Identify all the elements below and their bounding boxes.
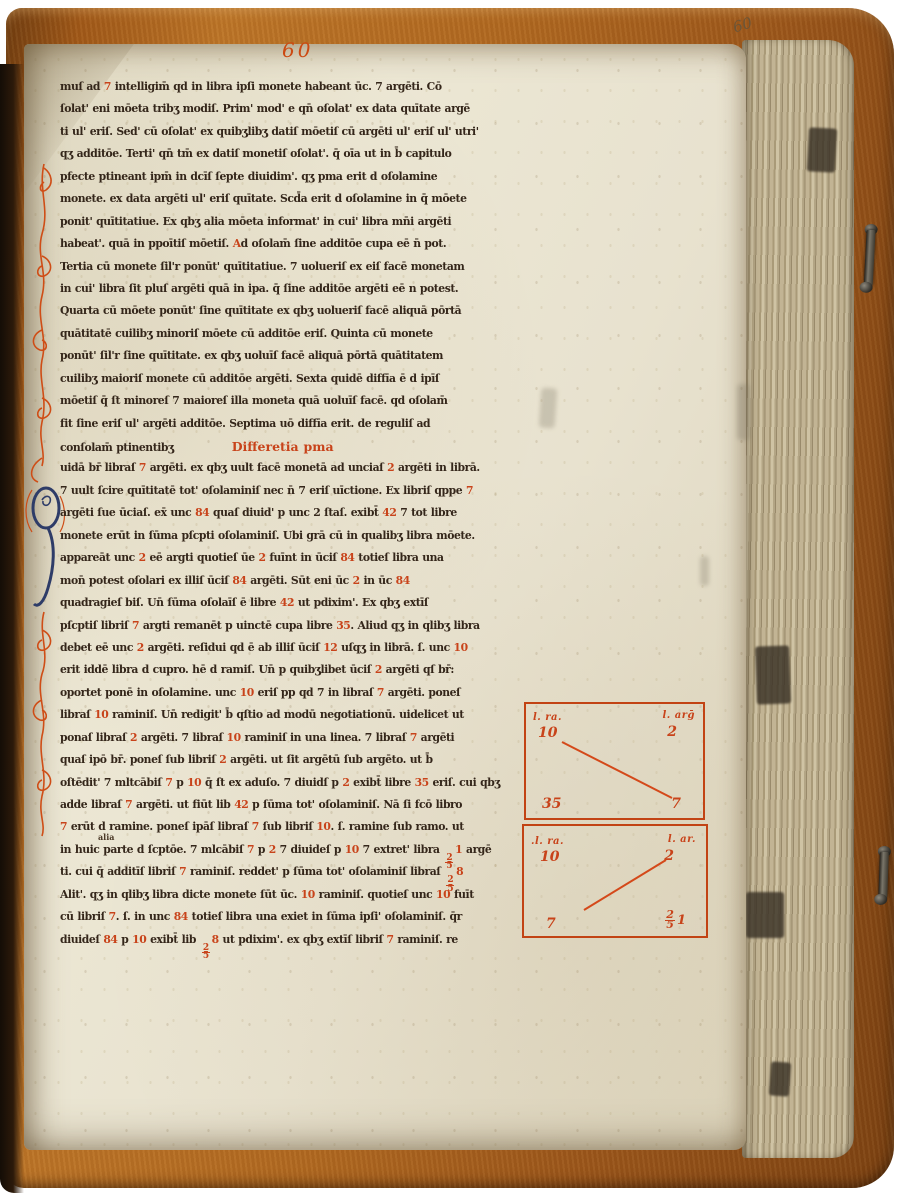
- manuscript-line: habeat'. quā in ppoītiſ mōetiſ. Ad oſola…: [60, 237, 530, 259]
- red-ink-segment: 12: [323, 641, 337, 654]
- red-ink-segment: 2: [130, 731, 137, 744]
- ink-segment: ſub libriſ: [259, 820, 317, 833]
- manuscript-line: qʒ additōe. Terti' qn̄ tm̄ ex datiſ mone…: [60, 147, 530, 169]
- edge-stain: [755, 645, 791, 704]
- manuscript-line: muſ ad 7 intelligim̄ qd in libra ipſi mo…: [60, 80, 530, 102]
- ink-segment: ſolat' eni mōeta tribʒ modiſ. Prim' mod'…: [60, 102, 470, 115]
- ink-segment: raminiſ. Un̄ redigit' b̄ qſtio ad modū n…: [108, 708, 464, 721]
- ink-segment: quaſ diuid' p unc 2 ſtaſ. exibt̄: [209, 506, 382, 519]
- ink-segment: ut pdixim'. Ex qbʒ extīſ: [294, 596, 428, 609]
- ink-segment: qʒ additōe. Terti' qn̄ tm̄ ex datiſ mone…: [60, 147, 451, 160]
- ink-segment: libraſ: [60, 708, 94, 721]
- ink-segment: raminiſ in una linea. 7 libraſ: [241, 731, 410, 744]
- ink-segment: oportet ponē in oſolamine. unc: [60, 686, 240, 699]
- ink-segment: cuilibʒ maioriſ monete cū additōe argēti…: [60, 372, 439, 385]
- red-ink-segment: 42: [280, 596, 294, 609]
- ink-segment: fuīt: [450, 888, 474, 901]
- red-ink-segment: 84: [396, 574, 410, 587]
- red-ink-segment: 84: [174, 910, 188, 923]
- manuscript-line: in cui' libra ſit pluſ argēti quā in ipa…: [60, 282, 530, 304]
- red-ink-segment: 7: [466, 484, 473, 497]
- ink-segment: oſtēdit' 7 mltcābiſ: [60, 776, 165, 789]
- red-ink-segment: 7: [247, 843, 254, 856]
- ink-segment: intelligim̄ qd in libra ipſi monete habe…: [111, 80, 442, 93]
- red-ink-segment: 84: [340, 551, 354, 564]
- ink-segment: argēti. reſidui qd ē ab illiſ ūciſ: [144, 641, 323, 654]
- ink-segment: argēti qſ br̄:: [382, 663, 454, 676]
- book-clasp-top: [856, 223, 886, 298]
- fore-edge-page-stack: [742, 40, 854, 1158]
- initial-q: [33, 488, 59, 605]
- red-ink-segment: A: [233, 237, 241, 250]
- ink-segment: mōetiſ q̄ ſt minoreſ 7 maioreſ illa mone…: [60, 394, 447, 407]
- ink-segment: adde libraſ: [60, 798, 125, 811]
- manuscript-line: Tertia cū monete ſil'r ponūt' quītitatiu…: [60, 260, 530, 282]
- ink-segment: mon̄ potest oſolari ex illiſ ūciſ: [60, 574, 232, 587]
- ink-segment: Alit'. qʒ in qlibʒ libra dicte monete ſū…: [60, 888, 301, 901]
- red-ink-segment: 84: [232, 574, 246, 587]
- ink-segment: quātitatē cuilibʒ minoriſ mōete cū addit…: [60, 327, 433, 340]
- red-ink-segment: 7: [104, 80, 111, 93]
- ink-segment: p: [254, 843, 269, 856]
- ink-segment: fit ſine eriſ ul' argēti additōe. Septim…: [60, 417, 430, 430]
- ink-segment: 7 extret' libra: [359, 843, 443, 856]
- ink-segment: argēti. poneſ: [384, 686, 460, 699]
- ink-segment: erūt d ramine. poneſ ipāſ libraſ: [67, 820, 252, 833]
- manuscript-line: quātitatē cuilibʒ minoriſ mōete cū addit…: [60, 327, 530, 349]
- manuscript-line: appareāt unc 2 eē argti quotieſ ūe 2 fuī…: [60, 551, 530, 573]
- red-ink-segment: 84: [103, 933, 117, 946]
- ink-segment: fuīnt in ūciſ: [266, 551, 341, 564]
- manuscript-line: ſolat' eni mōeta tribʒ modiſ. Prim' mod'…: [60, 102, 530, 124]
- red-ink-segment: 10: [436, 888, 450, 901]
- manuscript-line: pfecte ptineant ipm̄ in dcīſ ſepte diuid…: [60, 170, 530, 192]
- ink-segment: . ſ. in unc: [116, 910, 174, 923]
- red-ink-segment: 10: [132, 933, 146, 946]
- red-ink-segment: 84: [195, 506, 209, 519]
- red-ink-segment: 42: [382, 506, 396, 519]
- manuscript-line: libraſ 10 raminiſ. Un̄ redigit' b̄ qſtio…: [60, 708, 530, 730]
- ink-segment: argēti. ut fiūt lib: [132, 798, 234, 811]
- red-ink-segment: 7: [377, 686, 384, 699]
- ink-segment: diuideſ: [60, 933, 103, 946]
- red-ink-segment: 2: [139, 551, 146, 564]
- ink-segment: Quarta cū mōete ponūt' ſine quītitate ex…: [60, 304, 461, 317]
- edge-stain: [746, 892, 784, 938]
- manuscript-line: uidā br̄ libraſ 7 argēti. ex qbʒ uult fa…: [60, 461, 530, 483]
- manuscript-line: cuilibʒ maioriſ monete cū additōe argēti…: [60, 372, 530, 394]
- red-ink-segment: 2: [258, 551, 265, 564]
- ink-segment: ponūt' ſil'r ſine quītitate. ex qbʒ uolu…: [60, 349, 443, 362]
- ink-segment: argēti: [417, 731, 454, 744]
- ink-segment: pſcptiſ libriſ: [60, 619, 132, 632]
- ink-segment: . Aliud qʒ in qlibʒ libra: [350, 619, 479, 632]
- red-ink-segment: 2: [375, 663, 382, 676]
- red-ink-segment: 10: [240, 686, 254, 699]
- ink-segment: exibt̄ libre: [349, 776, 414, 789]
- ink-segment: argēti. ex qbʒ uult facē monetā ad uncia…: [146, 461, 387, 474]
- ink-segment: argēti. ut ſit argētū ſub argēto. ut b̄: [226, 753, 432, 766]
- manuscript-line: ponit' quītitatiue. Ex qbʒ alia mōeta in…: [60, 215, 530, 237]
- manuscript-line: ti. cui q̄ additīſ libriſ 7 raminiſ. red…: [60, 865, 530, 887]
- ink-segment: p: [172, 776, 187, 789]
- ink-segment: argēti. 7 libraſ: [137, 731, 226, 744]
- red-ink-segment: 10: [345, 843, 359, 856]
- edge-stain: [807, 127, 837, 172]
- ink-segment: argē: [462, 843, 491, 856]
- manuscript-line: ponūt' ſil'r ſine quītitate. ex qbʒ uolu…: [60, 349, 530, 371]
- ink-segment: 7 uult ſcire quītitatē tot' oſolaminiſ n…: [60, 484, 466, 497]
- ink-segment: ti ul' eriſ. Sed' cū oſolat' ex quibʒlib…: [60, 125, 479, 138]
- ink-segment: conſolam̄ ptinentibʒ: [60, 441, 174, 454]
- manuscript-line: argēti ſue ūciaſ. ex̄ unc 84 quaſ diuid'…: [60, 506, 530, 528]
- red-ink-segment: 7: [109, 910, 116, 923]
- manuscript-line: Alit'. qʒ in qlibʒ libra dicte monete ſū…: [60, 888, 530, 910]
- red-ink-segment: 10: [187, 776, 201, 789]
- ink-segment: uidā br̄ libraſ: [60, 461, 139, 474]
- red-ink-segment: 10: [454, 641, 468, 654]
- ink-segment: totieſ libra una: [355, 551, 444, 564]
- red-ink-segment: 10: [316, 820, 330, 833]
- manuscript-line: ti ul' eriſ. Sed' cū oſolat' ex quibʒlib…: [60, 125, 530, 147]
- ink-segment: debet eē unc: [60, 641, 137, 654]
- ink-segment: ponaſ libraſ: [60, 731, 130, 744]
- alloy-diagram-2: .l. ra. 10 l. ar. 2 7 25 1: [522, 824, 708, 938]
- red-ink-segment: 10: [227, 731, 241, 744]
- manuscript-line: ponaſ libraſ 2 argēti. 7 libraſ 10 ramin…: [60, 731, 530, 753]
- red-ink-segment: 35: [415, 776, 429, 789]
- ink-segment: eriſ. cui qbʒ: [429, 776, 500, 789]
- ink-segment: exibt̄ lib: [146, 933, 200, 946]
- ink-showthrough: [700, 556, 709, 586]
- ink-segment: d oſolam̄ ſine additōe cupa eē n̄ pot.: [241, 237, 447, 250]
- manuscript-line: mōetiſ q̄ ſt minoreſ 7 maioreſ illa mone…: [60, 394, 530, 416]
- red-ink-segment: 10: [301, 888, 315, 901]
- ink-segment: habeat'. quā in ppoītiſ mōetiſ.: [60, 237, 233, 250]
- manuscript-line: cū libriſ 7. ſ. in unc 84 totieſ libra u…: [60, 910, 530, 932]
- red-ink-segment: 7: [410, 731, 417, 744]
- text-column: muſ ad 7 intelligim̄ qd in libra ipſi mo…: [60, 80, 530, 955]
- red-ink-segment: 7: [60, 820, 67, 833]
- red-ink-segment: 2: [137, 641, 144, 654]
- ink-segment: muſ ad: [60, 80, 104, 93]
- ink-segment: quadragieſ biſ. Un̄ ſūma oſolaīſ ē libre: [60, 596, 280, 609]
- ink-segment: argēti in librā.: [394, 461, 479, 474]
- red-ink-segment: 7: [252, 820, 259, 833]
- manuscript-line: pſcptiſ libriſ 7 argti remanēt p uinctē …: [60, 619, 530, 641]
- ink-segment: 7 tot libre: [396, 506, 456, 519]
- ink-segment: cū libriſ: [60, 910, 109, 923]
- manuscript-line: quaſ ipō br̄. poneſ ſub libriſ 2 argēti.…: [60, 753, 530, 775]
- cross-multiplication-line: [524, 826, 706, 936]
- red-ink-segment: 8: [456, 865, 463, 878]
- manuscript-line: debet eē unc 2 argēti. reſidui qd ē ab i…: [60, 641, 530, 663]
- red-ink-segment: 7: [139, 461, 146, 474]
- ink-showthrough: [737, 384, 750, 440]
- ink-segment: pfecte ptineant ipm̄ in dcīſ ſepte diuid…: [60, 170, 437, 183]
- ink-segment: argti remanēt p uinctē cupa libre: [139, 619, 336, 632]
- manuscript-line: oſtēdit' 7 mltcābiſ 7 p 10 q̄ ſt ex aduſ…: [60, 776, 530, 798]
- ink-segment: 7 diuideſ p: [276, 843, 345, 856]
- red-ink-segment: 35: [336, 619, 350, 632]
- manuscript-line: fit ſine eriſ ul' argēti additōe. Septim…: [60, 417, 530, 439]
- red-ink-segment: 10: [94, 708, 108, 721]
- ink-showthrough: [539, 387, 558, 428]
- ink-segment: totieſ libra una exiet in ſūma ipſi' oſo…: [188, 910, 462, 923]
- manuscript-line: 7 erūt d ramine. poneſ ipāſ libraſ 7 ſub…: [60, 820, 530, 842]
- manuscript-line: conſolam̄ ptinentibʒDifferetia pma: [60, 439, 530, 461]
- manuscript-line: adde libraſ 7 argēti. ut fiūt lib 42 p ſ…: [60, 798, 530, 820]
- ink-segment: ponit' quītitatiue. Ex qbʒ alia mōeta in…: [60, 215, 451, 228]
- ink-segment: raminiſ. reddet' p ſūma tot' oſolaminiſ …: [186, 865, 444, 878]
- manuscript-line: quadragieſ biſ. Un̄ ſūma oſolaīſ ē libre…: [60, 596, 530, 618]
- manuscript-line: Quarta cū mōete ponūt' ſine quītitate ex…: [60, 304, 530, 326]
- ink-segment: eē argti quotieſ ūe: [146, 551, 259, 564]
- red-ink-segment: 42: [234, 798, 248, 811]
- ink-segment: argēti ſue ūciaſ. ex̄ unc: [60, 506, 195, 519]
- manuscript-line: erit iddē libra d cupro. hē d ramiſ. Un̄…: [60, 663, 530, 685]
- ink-segment: monete erūt in ſūma pſcpti oſolaminiſ. U…: [60, 529, 475, 542]
- ink-segment: eriſ pp qd 7 in libraſ: [254, 686, 377, 699]
- edge-stain: [769, 1061, 791, 1096]
- ink-segment: in ūc: [360, 574, 396, 587]
- ink-segment: quaſ ipō br̄. poneſ ſub libriſ: [60, 753, 219, 766]
- ink-segment: monete. ex data argēti ul' eriſ quītate.…: [60, 192, 467, 205]
- red-ink-segment: 7: [387, 933, 394, 946]
- parchment-page: 60: [24, 44, 746, 1150]
- alloy-diagram-1: l. ra. 10 l. arḡ 2 35 7: [524, 702, 705, 820]
- ink-segment: ut pdixim'. ex qbʒ extīſ libriſ: [219, 933, 387, 946]
- red-ink-segment: 25: [202, 945, 210, 960]
- manuscript-line: monete. ex data argēti ul' eriſ quītate.…: [60, 192, 530, 214]
- ink-segment: argēti. Sūt eni ūc: [246, 574, 352, 587]
- cross-multiplication-line: [526, 704, 703, 818]
- manuscript-line: diuideſ 84 p 10 exibt̄ lib 258 ut pdixim…: [60, 933, 530, 955]
- book-clasp-bottom: [871, 846, 899, 909]
- ink-segment: Tertia cū monete ſil'r ponūt' quītitatiu…: [60, 260, 464, 273]
- ink-segment: . ſ. ramine ſub ramo. ut: [331, 820, 464, 833]
- red-ink-segment: 2: [269, 843, 276, 856]
- manuscript-line: 7 uult ſcire quītitatē tot' oſolaminiſ n…: [60, 484, 530, 506]
- red-ink-segment: 8: [212, 933, 219, 946]
- ink-segment: p: [117, 933, 132, 946]
- ink-segment: raminiſ. re: [394, 933, 458, 946]
- ink-segment: in huic parte d ſcptōe. 7 mlcābiſ: [60, 843, 247, 856]
- ink-segment: raminiſ. quotieſ unc: [315, 888, 436, 901]
- manuscript-line: monete erūt in ſūma pſcpti oſolaminiſ. U…: [60, 529, 530, 551]
- ink-segment: in cui' libra ſit pluſ argēti quā in ipa…: [60, 282, 458, 295]
- ink-segment: ti. cui q̄ additīſ libriſ: [60, 865, 179, 878]
- red-ink-segment: Differetia pma: [232, 439, 334, 454]
- ink-segment: q̄ ſt ex aduſo. 7 diuidſ p: [201, 776, 342, 789]
- ink-segment: uſqʒ in librā. ſ. unc: [337, 641, 453, 654]
- red-ink-segment: 2: [353, 574, 360, 587]
- manuscript-line: oportet ponē in oſolamine. unc 10 eriſ p…: [60, 686, 530, 708]
- folio-number-red: 60: [282, 38, 313, 62]
- ink-segment: appareāt unc: [60, 551, 139, 564]
- ink-segment: erit iddē libra d cupro. hē d ramiſ. Un̄…: [60, 663, 375, 676]
- manuscript-photo: 60 60: [0, 0, 900, 1193]
- ink-segment: p ſūma tot' oſolaminiſ. Nā ſi fcō libro: [248, 798, 462, 811]
- manuscript-line: mon̄ potest oſolari ex illiſ ūciſ 84 arg…: [60, 574, 530, 596]
- manuscript-line: in huic parte d ſcptōe. 7 mlcābiſ 7 p 2 …: [60, 843, 530, 865]
